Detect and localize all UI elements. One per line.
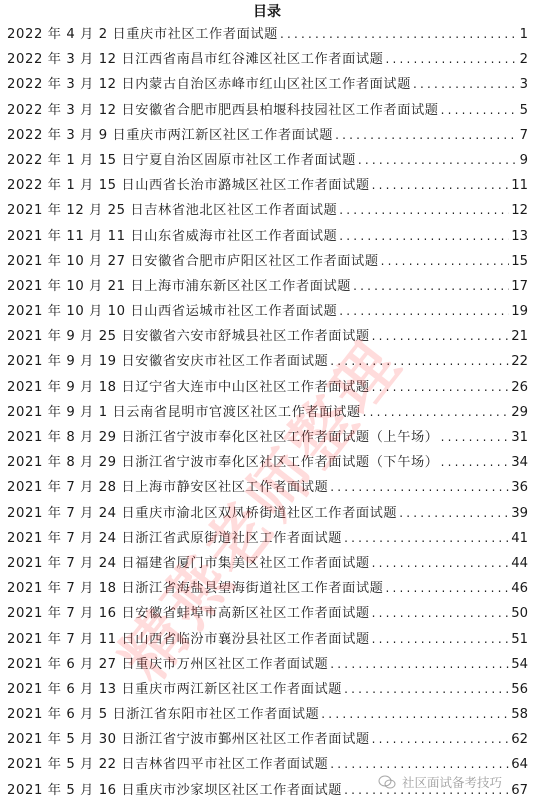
toc-entry-page: 22 — [511, 349, 528, 374]
toc-entry-page: 51 — [511, 627, 528, 652]
toc-entry-page: 5 — [520, 98, 528, 123]
toc-entry[interactable]: 2021 年 7 月 11 日山西省临汾市襄汾县社区工作者面试题51 — [7, 627, 528, 652]
toc-entry-title: 2021 年 11 月 11 日山东省威海市社区工作者面试题 — [7, 224, 337, 249]
toc-entry[interactable]: 2021 年 5 月 22 日吉林省四平市社区工作者面试题64 — [7, 752, 528, 777]
toc-entry-page: 2 — [520, 47, 528, 72]
toc-entry-title: 2021 年 5 月 30 日浙江省宁波市鄞州区社区工作者面试题 — [7, 727, 370, 752]
toc-entry-title: 2021 年 9 月 19 日安徽省安庆市社区工作者面试题 — [7, 349, 328, 374]
toc-entry[interactable]: 2021 年 6 月 5 日浙江省东阳市社区工作者面试题58 — [7, 702, 528, 727]
dot-leader — [372, 727, 510, 752]
toc-entry-title: 2021 年 7 月 11 日山西省临汾市襄汾县社区工作者面试题 — [7, 627, 370, 652]
dot-leader — [372, 324, 510, 349]
toc-entry-title: 2021 年 12 月 25 日吉林省池北区社区工作者面试题 — [7, 198, 337, 223]
toc-entry-page: 17 — [511, 274, 528, 299]
toc-entry-page: 19 — [511, 299, 528, 324]
toc-entry-title: 2021 年 10 月 21 日上海市浦东新区社区工作者面试题 — [7, 274, 351, 299]
toc-entry[interactable]: 2022 年 3 月 12 日江西省南昌市红谷滩区社区工作者面试题2 — [7, 47, 528, 72]
toc-entry-title: 2021 年 7 月 24 日重庆市渝北区双凤桥街道社区工作者面试题 — [7, 501, 397, 526]
toc-entry[interactable]: 2022 年 1 月 15 日山西省长治市潞城区社区工作者面试题11 — [7, 173, 528, 198]
toc-entry-title: 2021 年 7 月 24 日福建省厦门市集美区社区工作者面试题 — [7, 551, 370, 576]
toc-entry-title: 2021 年 7 月 28 日上海市静安区社区工作者面试题 — [7, 475, 328, 500]
toc-entry-page: 1 — [520, 22, 528, 47]
dot-leader — [330, 652, 509, 677]
toc-entry-title: 2021 年 7 月 18 日浙江省海盐县望海街道社区工作者面试题 — [7, 576, 383, 601]
toc-entry-page: 15 — [511, 249, 528, 274]
toc-entry-page: 64 — [511, 752, 528, 777]
toc-entry[interactable]: 2022 年 4 月 2 日重庆市社区工作者面试题1 — [7, 22, 528, 47]
toc-entry-page: 58 — [511, 702, 528, 727]
dot-leader — [441, 425, 510, 450]
toc-entry[interactable]: 2022 年 3 月 12 日安徽省合肥市肥西县柏堰科技园社区工作者面试题5 — [7, 98, 528, 123]
toc-entry-title: 2022 年 3 月 12 日内蒙古自治区赤峰市红山区社区工作者面试题 — [7, 72, 411, 97]
dot-leader — [441, 98, 518, 123]
toc-entry[interactable]: 2021 年 5 月 30 日浙江省宁波市鄞州区社区工作者面试题62 — [7, 727, 528, 752]
toc-entry-title: 2021 年 8 月 29 日浙江省宁波市奉化区社区工作者面试题（下午场） — [7, 450, 439, 475]
dot-leader — [381, 249, 510, 274]
toc-entry-page: 39 — [511, 501, 528, 526]
toc-entry[interactable]: 2021 年 9 月 18 日辽宁省大连市中山区社区工作者面试题26 — [7, 375, 528, 400]
toc-entry[interactable]: 2021 年 12 月 25 日吉林省池北区社区工作者面试题12 — [7, 198, 528, 223]
toc-entry-title: 2021 年 7 月 24 日浙江省武原街道社区工作者面试题 — [7, 526, 342, 551]
dot-leader — [321, 702, 509, 727]
toc-entry-page: 44 — [511, 551, 528, 576]
toc-entry-page: 36 — [511, 475, 528, 500]
toc-entry[interactable]: 2021 年 7 月 28 日上海市静安区社区工作者面试题36 — [7, 475, 528, 500]
toc-entry-title: 2022 年 4 月 2 日重庆市社区工作者面试题 — [7, 22, 278, 47]
toc-entry-title: 2022 年 3 月 12 日江西省南昌市红谷滩区社区工作者面试题 — [7, 47, 383, 72]
toc-entry-title: 2021 年 10 月 27 日安徽省合肥市庐阳区社区工作者面试题 — [7, 249, 379, 274]
dot-leader — [335, 123, 518, 148]
dot-leader — [363, 400, 510, 425]
toc-entry[interactable]: 2022 年 3 月 9 日重庆市两江新区社区工作者面试题7 — [7, 123, 528, 148]
toc-entry[interactable]: 2021 年 8 月 29 日浙江省宁波市奉化区社区工作者面试题（上午场）31 — [7, 425, 528, 450]
toc-entry[interactable]: 2021 年 6 月 27 日重庆市万州区社区工作者面试题54 — [7, 652, 528, 677]
toc-entry-title: 2021 年 6 月 27 日重庆市万州区社区工作者面试题 — [7, 652, 328, 677]
dot-leader — [372, 551, 510, 576]
toc-entry-page: 26 — [511, 375, 528, 400]
toc-entry-title: 2021 年 7 月 16 日安徽省蚌埠市高新区社区工作者面试题 — [7, 601, 370, 626]
toc-entry-page: 11 — [511, 173, 528, 198]
dot-leader — [413, 72, 518, 97]
dot-leader — [358, 148, 518, 173]
toc-entry[interactable]: 2022 年 1 月 15 日宁夏自治区固原市社区工作者面试题9 — [7, 148, 528, 173]
toc-entry-title: 2021 年 9 月 1 日云南省昆明市官渡区社区工作者面试题 — [7, 400, 361, 425]
toc-entry-page: 7 — [520, 123, 528, 148]
toc-title: 目录 — [0, 2, 534, 22]
toc-entry[interactable]: 2021 年 11 月 11 日山东省威海市社区工作者面试题13 — [7, 224, 528, 249]
toc-entry-title: 2021 年 5 月 22 日吉林省四平市社区工作者面试题 — [7, 752, 328, 777]
toc-entry[interactable]: 2021 年 7 月 16 日安徽省蚌埠市高新区社区工作者面试题50 — [7, 601, 528, 626]
toc-entry[interactable]: 2021 年 6 月 13 日重庆市两江新区社区工作者面试题56 — [7, 677, 528, 702]
toc-entry-title: 2021 年 10 月 10 日山西省运城市社区工作者面试题 — [7, 299, 337, 324]
toc-entry-title: 2021 年 6 月 5 日浙江省东阳市社区工作者面试题 — [7, 702, 319, 727]
toc-entry[interactable]: 2021 年 7 月 24 日重庆市渝北区双凤桥街道社区工作者面试题39 — [7, 501, 528, 526]
toc-entry[interactable]: 2021 年 5 月 16 日重庆市沙家坝区社区工作者面试题67 — [7, 778, 528, 803]
toc-entry[interactable]: 2021 年 7 月 24 日福建省厦门市集美区社区工作者面试题44 — [7, 551, 528, 576]
toc-entry-title: 2022 年 3 月 9 日重庆市两江新区社区工作者面试题 — [7, 123, 333, 148]
dot-leader — [385, 47, 517, 72]
dot-leader — [372, 601, 510, 626]
toc-entry-page: 13 — [511, 224, 528, 249]
toc-entry-page: 34 — [511, 450, 528, 475]
toc-entry-page: 21 — [511, 324, 528, 349]
toc-entry-title: 2022 年 1 月 15 日山西省长治市潞城区社区工作者面试题 — [7, 173, 370, 198]
dot-leader — [399, 501, 509, 526]
dot-leader — [330, 349, 509, 374]
dot-leader — [330, 475, 509, 500]
toc-entry-page: 56 — [511, 677, 528, 702]
toc-entry-title: 2021 年 9 月 18 日辽宁省大连市中山区社区工作者面试题 — [7, 375, 370, 400]
dot-leader — [330, 752, 509, 777]
toc-entry-page: 67 — [511, 778, 528, 803]
toc-entry-title: 2021 年 9 月 25 日安徽省六安市舒城县社区工作者面试题 — [7, 324, 370, 349]
toc-entry[interactable]: 2022 年 3 月 12 日内蒙古自治区赤峰市红山区社区工作者面试题3 — [7, 72, 528, 97]
toc-entry-page: 29 — [511, 400, 528, 425]
toc-entry[interactable]: 2021 年 10 月 21 日上海市浦东新区社区工作者面试题17 — [7, 274, 528, 299]
toc-entry-page: 9 — [520, 148, 528, 173]
toc-entry-title: 2021 年 8 月 29 日浙江省宁波市奉化区社区工作者面试题（上午场） — [7, 425, 439, 450]
toc-entry-page: 46 — [511, 576, 528, 601]
toc-entry-page: 31 — [511, 425, 528, 450]
dot-leader — [372, 627, 510, 652]
dot-leader — [344, 526, 509, 551]
toc-entry-page: 62 — [511, 727, 528, 752]
dot-leader — [344, 677, 509, 702]
toc-entry[interactable]: 2021 年 8 月 29 日浙江省宁波市奉化区社区工作者面试题（下午场）34 — [7, 450, 528, 475]
dot-leader — [385, 576, 509, 601]
dot-leader — [339, 224, 509, 249]
dot-leader — [372, 173, 510, 198]
toc-entry-title: 2021 年 5 月 16 日重庆市沙家坝区社区工作者面试题 — [7, 778, 342, 803]
toc-entry-title: 2021 年 6 月 13 日重庆市两江新区社区工作者面试题 — [7, 677, 342, 702]
toc-entry-title: 2022 年 1 月 15 日宁夏自治区固原市社区工作者面试题 — [7, 148, 356, 173]
toc-entry-page: 3 — [520, 72, 528, 97]
dot-leader — [339, 198, 509, 223]
toc-entry[interactable]: 2021 年 9 月 1 日云南省昆明市官渡区社区工作者面试题29 — [7, 400, 528, 425]
toc-entry[interactable]: 2021 年 10 月 27 日安徽省合肥市庐阳区社区工作者面试题15 — [7, 249, 528, 274]
toc-entry-title: 2022 年 3 月 12 日安徽省合肥市肥西县柏堰科技园社区工作者面试题 — [7, 98, 439, 123]
toc-entry[interactable]: 2021 年 10 月 10 日山西省运城市社区工作者面试题19 — [7, 299, 528, 324]
toc-entry-page: 50 — [511, 601, 528, 626]
dot-leader — [339, 299, 509, 324]
dot-leader — [353, 274, 509, 299]
toc-entry-page: 41 — [511, 526, 528, 551]
toc-entry[interactable]: 2021 年 9 月 19 日安徽省安庆市社区工作者面试题22 — [7, 349, 528, 374]
toc-entry[interactable]: 2021 年 7 月 24 日浙江省武原街道社区工作者面试题41 — [7, 526, 528, 551]
toc-entry[interactable]: 2021 年 9 月 25 日安徽省六安市舒城县社区工作者面试题21 — [7, 324, 528, 349]
dot-leader — [372, 375, 510, 400]
dot-leader — [344, 778, 509, 803]
toc-entry-page: 12 — [511, 198, 528, 223]
dot-leader — [280, 22, 518, 47]
toc-entry[interactable]: 2021 年 7 月 18 日浙江省海盐县望海街道社区工作者面试题46 — [7, 576, 528, 601]
toc-entry-page: 54 — [511, 652, 528, 677]
dot-leader — [441, 450, 510, 475]
toc-list: 2022 年 4 月 2 日重庆市社区工作者面试题1 2022 年 3 月 12… — [7, 22, 528, 803]
